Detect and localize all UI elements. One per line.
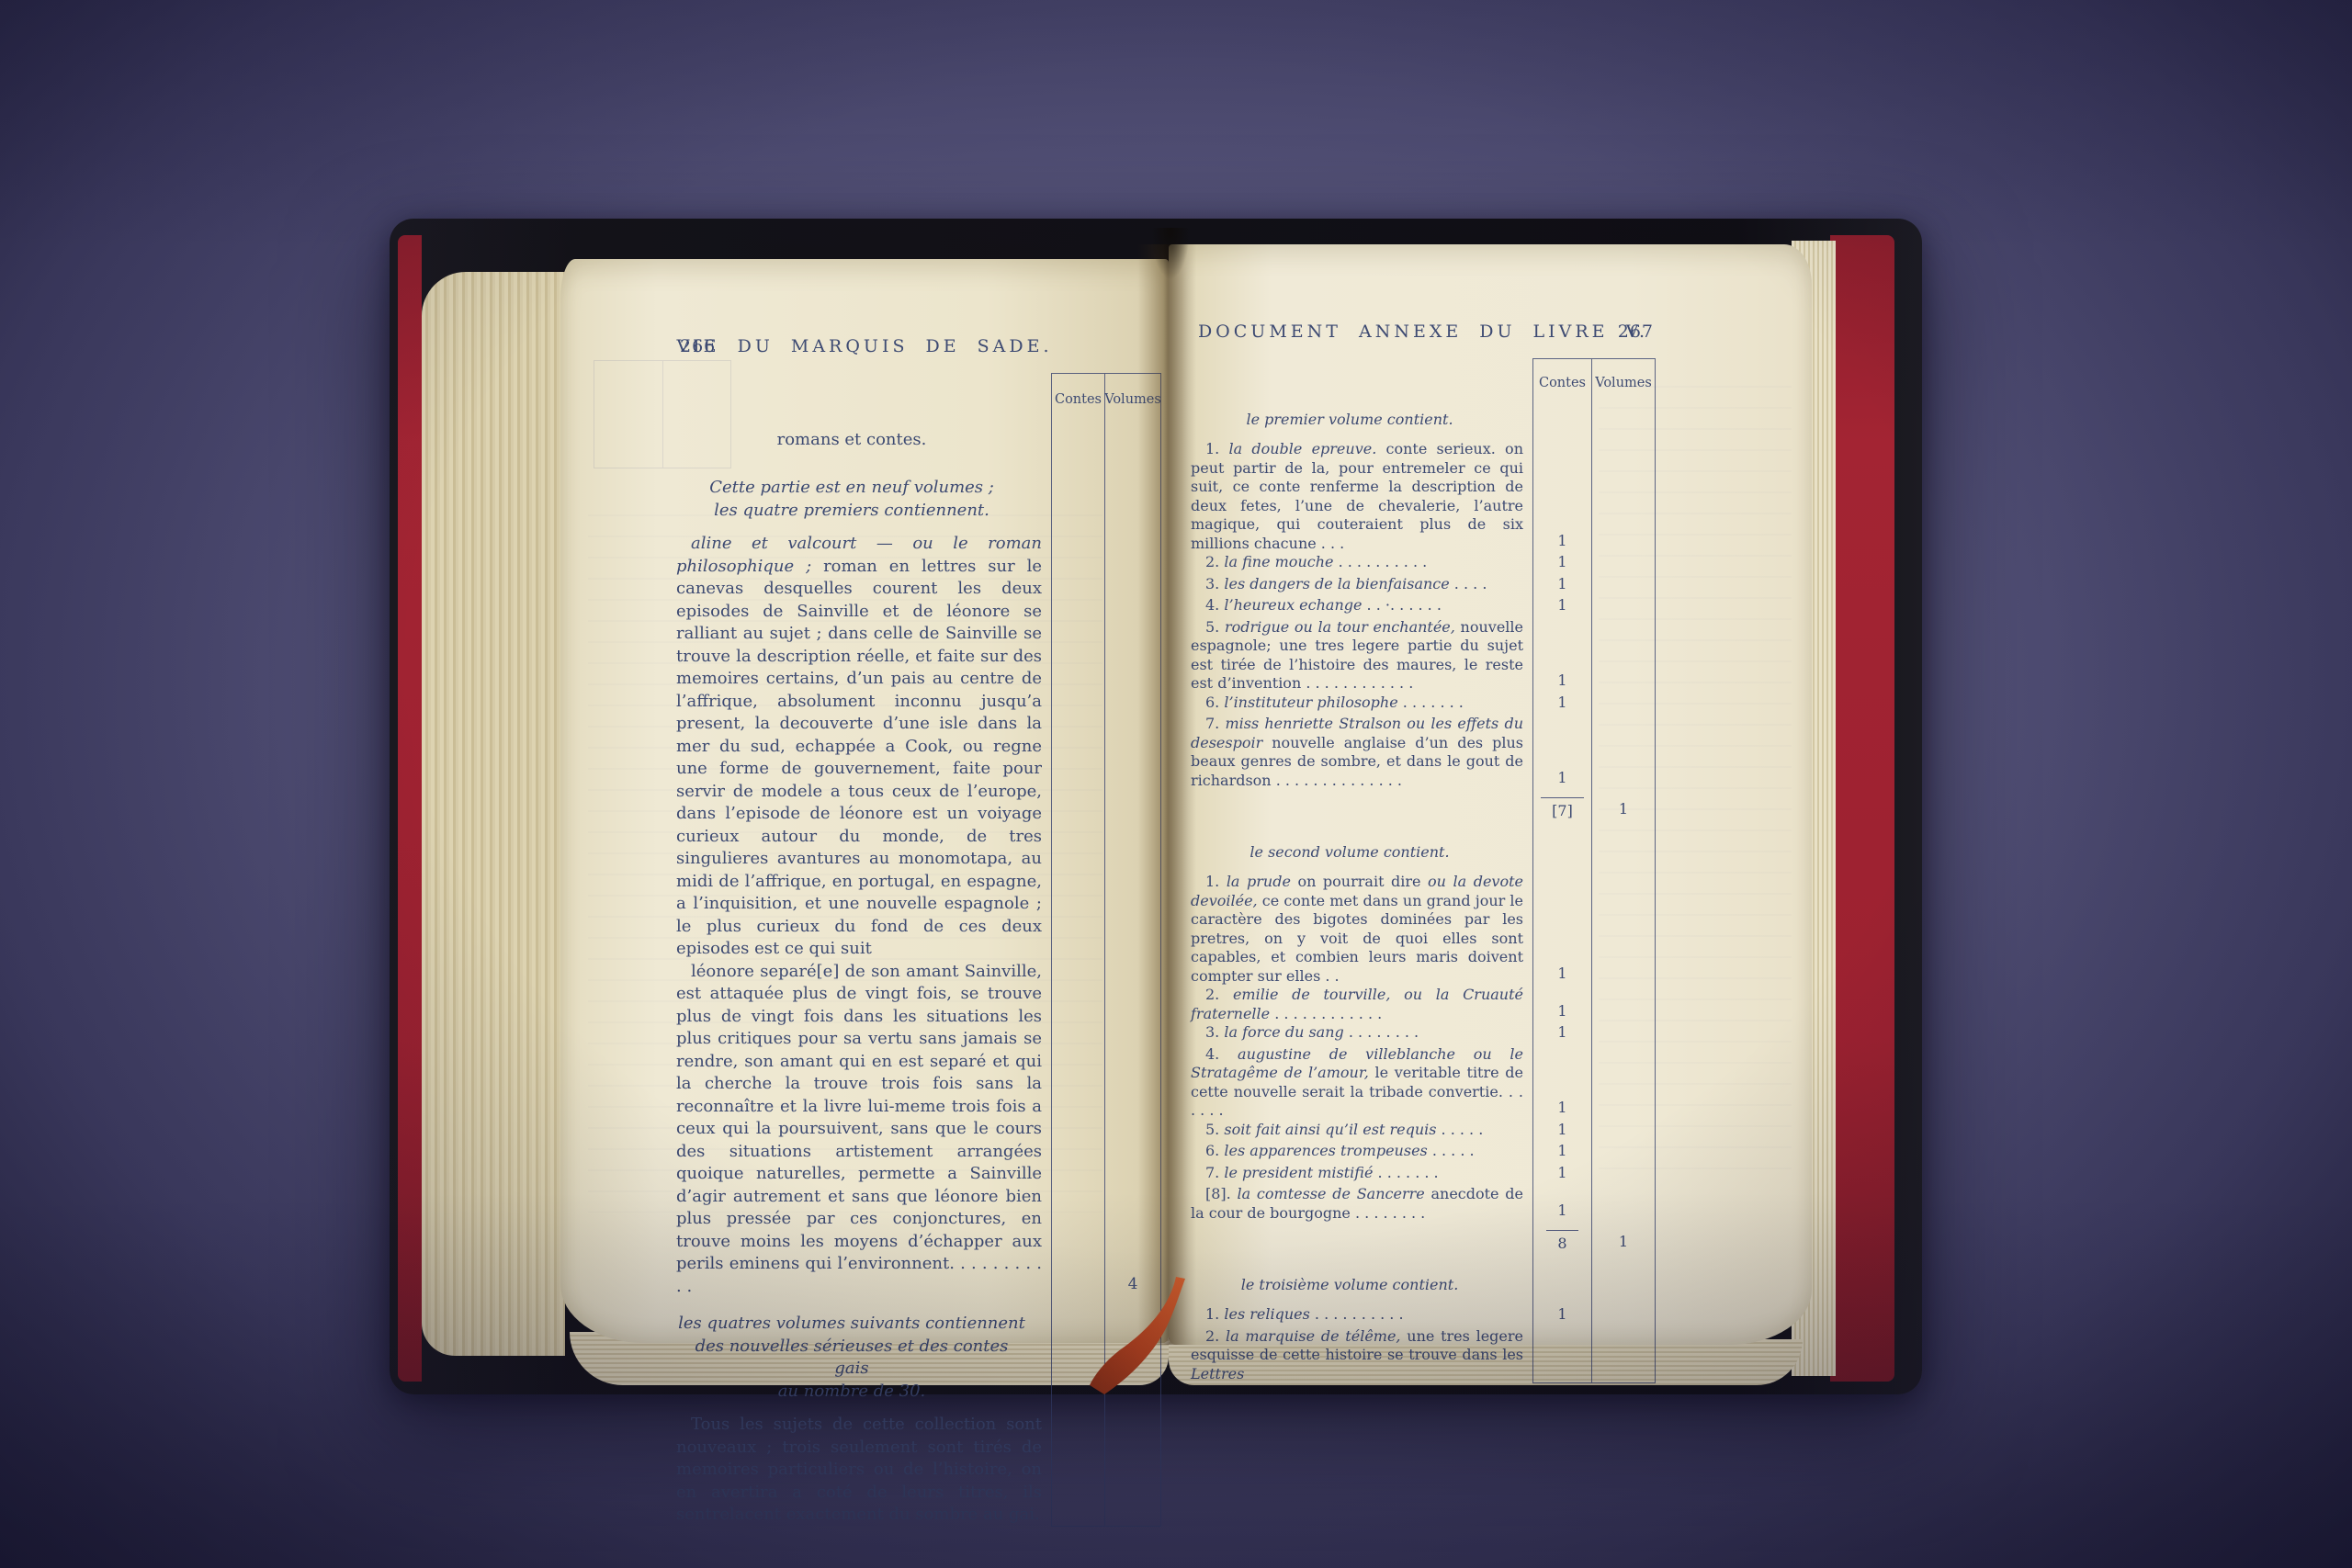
red-endpaper-right	[1830, 235, 1894, 1382]
index-entry-text	[1191, 1223, 1532, 1261]
right-page-content: DOCUMENT ANNEXE DU LIVRE V. 267 ContesVo…	[1169, 244, 1812, 1345]
index-entry-text: 6. l’instituteur philosophe . . . . . . …	[1191, 694, 1532, 716]
contes-value: 1	[1532, 986, 1591, 1023]
ribbon-bookmark-icon	[1080, 1277, 1194, 1398]
section-heading: le troisième volume contient.	[1191, 1261, 1532, 1306]
running-head-title: DOCUMENT ANNEXE DU LIVRE V.	[1198, 321, 1648, 342]
page-stack-left-edge	[422, 272, 565, 1356]
volumes-value	[1591, 1023, 1656, 1045]
volumes-value	[1591, 1261, 1656, 1306]
contes-value	[1051, 414, 1104, 463]
photo-of-open-book: 266 VIE DU MARQUIS DE SADE. ContesVolume…	[0, 0, 2352, 1568]
gutter-top-notch	[1150, 228, 1191, 281]
section-heading: romans et contes.	[676, 414, 1051, 463]
index-entry-text: 2. la marquise de télême, une tres leger…	[1191, 1327, 1532, 1384]
volumes-value	[1591, 694, 1656, 716]
contes-value	[1051, 462, 1104, 533]
volumes-value	[1591, 1327, 1656, 1384]
contes-value: 1	[1532, 440, 1591, 553]
section-heading: Cette partie est en neuf volumes ;les qu…	[676, 462, 1051, 533]
volumes-value	[1591, 873, 1656, 986]
page-number: 267	[1618, 321, 1654, 342]
volumes-value	[1591, 575, 1656, 597]
index-entry-text: [8]. la comtesse de Sancerre anecdote de…	[1191, 1185, 1532, 1223]
index-entry-text: 7. miss henriette Stralson ou les effets…	[1191, 715, 1532, 790]
volumes-value	[1591, 1185, 1656, 1223]
contes-value: 1	[1532, 1121, 1591, 1143]
volumes-value	[1104, 462, 1161, 533]
contes-value: 1	[1532, 694, 1591, 716]
section-heading: les quatres volumes suivants contiennent…	[676, 1298, 1051, 1414]
index-entry-text: 2. emilie de tourville, ou la Cruauté fr…	[1191, 986, 1532, 1023]
contes-value: 8	[1532, 1223, 1591, 1261]
contes-value	[1051, 533, 1104, 961]
volumes-value	[1591, 986, 1656, 1023]
index-entry-text: 5. rodrigue ou la tour enchantée, nouvel…	[1191, 618, 1532, 694]
volumes-value	[1104, 533, 1161, 961]
table-header-contes: Contes	[1532, 358, 1591, 396]
volumes-value	[1591, 1121, 1656, 1143]
index-entry-text: 3. la force du sang . . . . . . . .	[1191, 1023, 1532, 1045]
contes-value	[1051, 1414, 1104, 1527]
volumes-value: 1	[1591, 1223, 1656, 1261]
volumes-value	[1591, 1142, 1656, 1164]
running-head-right: DOCUMENT ANNEXE DU LIVRE V. 267	[1191, 321, 1656, 349]
contes-value: 1	[1532, 575, 1591, 597]
table-head-spacer	[676, 373, 1051, 414]
table-header-volumes: Volumes	[1591, 358, 1656, 396]
index-entry-text: 1. les reliques . . . . . . . . . .	[1191, 1305, 1532, 1327]
index-entry-text: 2. la fine mouche . . . . . . . . . .	[1191, 553, 1532, 575]
red-endpaper-left	[398, 235, 422, 1382]
volumes-value	[1591, 829, 1656, 874]
index-entry-text: 7. le president mistifié . . . . . . .	[1191, 1164, 1532, 1186]
running-head-left: 266 VIE DU MARQUIS DE SADE.	[676, 336, 1053, 364]
contes-value	[1051, 961, 1104, 1299]
contes-value: 1	[1532, 1023, 1591, 1045]
index-entry-text: 6. les apparences trompeuses . . . . .	[1191, 1142, 1532, 1164]
section-heading: le premier volume contient.	[1191, 396, 1532, 441]
volumes-value	[1591, 596, 1656, 618]
table-head-spacer	[1191, 358, 1532, 396]
contes-value: 1	[1532, 596, 1591, 618]
table-header-volumes: Volumes	[1104, 373, 1161, 414]
table-header-contes: Contes	[1051, 373, 1104, 414]
contes-value	[1532, 396, 1591, 441]
contes-value	[1532, 1261, 1591, 1306]
section-heading: le second volume contient.	[1191, 829, 1532, 874]
index-entry-text: Tous les sujets de cette collection sont…	[676, 1414, 1051, 1527]
contes-value	[1532, 829, 1591, 874]
contes-value: 1	[1532, 873, 1591, 986]
index-entry-text: 4. augustine de villeblanche ou le Strat…	[1191, 1045, 1532, 1121]
volumes-value: 4	[1104, 961, 1161, 1299]
contes-value: 1	[1532, 715, 1591, 790]
volumes-value	[1104, 1414, 1161, 1527]
right-index-table: ContesVolumesle premier volume contient.…	[1191, 358, 1656, 1383]
contes-value	[1532, 1327, 1591, 1384]
volumes-value	[1591, 440, 1656, 553]
volumes-value: 1	[1591, 790, 1656, 829]
volumes-value	[1591, 553, 1656, 575]
running-head-title: VIE DU MARQUIS DE SADE.	[676, 336, 1052, 356]
volumes-value	[1591, 396, 1656, 441]
contes-value: 1	[1532, 1045, 1591, 1121]
contes-value: 1	[1532, 1305, 1591, 1327]
index-entry-text: 3. les dangers de la bienfaisance . . . …	[1191, 575, 1532, 597]
volumes-value	[1104, 414, 1161, 463]
left-page-content: 266 VIE DU MARQUIS DE SADE. ContesVolume…	[560, 259, 1169, 1343]
contes-value: 1	[1532, 1185, 1591, 1223]
index-entry-text: 1. la prude on pourrait dire ou la devot…	[1191, 873, 1532, 986]
volumes-value	[1591, 715, 1656, 790]
index-entry-text: 1. la double epreuve. conte serieux. on …	[1191, 440, 1532, 553]
index-entry-text: léonore separé[e] de son amant Sainville…	[676, 961, 1051, 1299]
contes-value: 1	[1532, 553, 1591, 575]
contes-value: 1	[1532, 618, 1591, 694]
contes-value: [7]	[1532, 790, 1591, 829]
contes-value: 1	[1532, 1142, 1591, 1164]
index-entry-text: 5. soit fait ainsi qu’il est requis . . …	[1191, 1121, 1532, 1143]
volumes-value	[1591, 1164, 1656, 1186]
volumes-value	[1591, 1305, 1656, 1327]
volumes-value	[1591, 1045, 1656, 1121]
page-number: 266	[680, 336, 716, 356]
volumes-value	[1591, 618, 1656, 694]
index-entry-text: 4. l’heureux echange . . ·. . . . . .	[1191, 596, 1532, 618]
contes-value: 1	[1532, 1164, 1591, 1186]
index-entry-text: aline et valcourt — ou le roman philosop…	[676, 533, 1051, 961]
index-entry-text	[1191, 790, 1532, 829]
